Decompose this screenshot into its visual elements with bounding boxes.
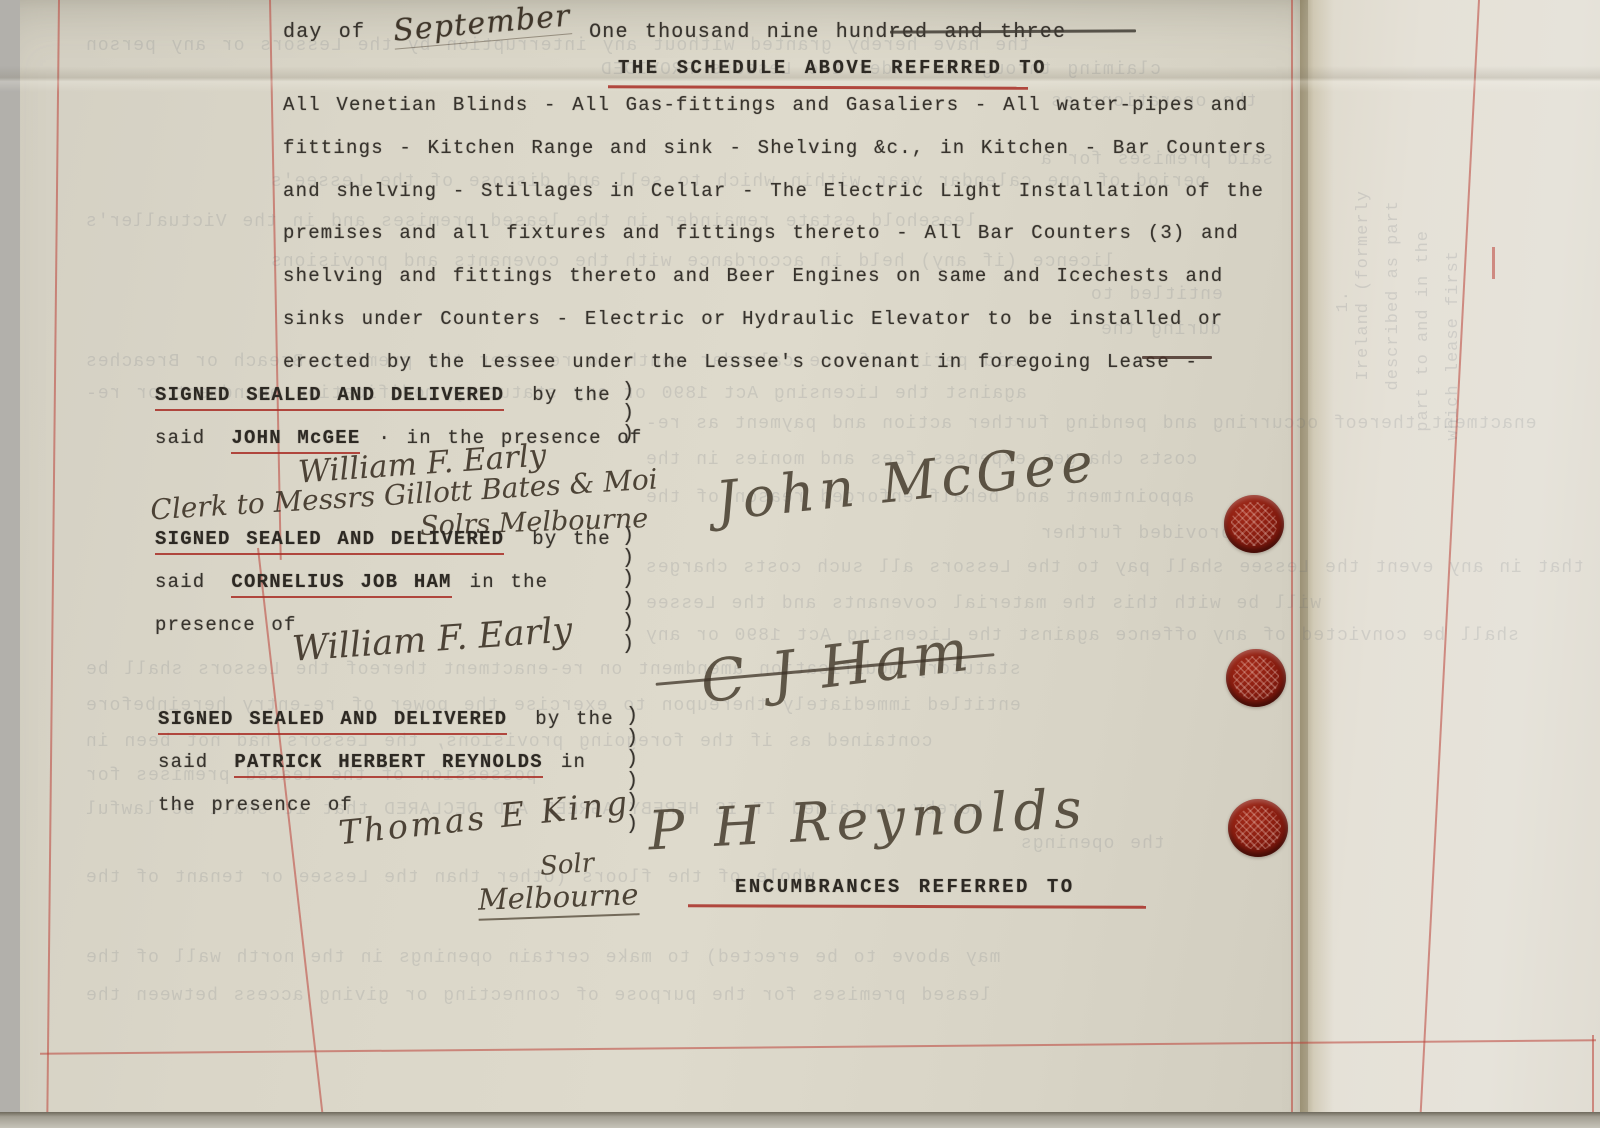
in: in <box>561 751 586 773</box>
adjacent-page-ghost-text: 1. <box>1334 290 1353 312</box>
schedule-line: and shelving - Stillages in Cellar - The… <box>283 180 1267 223</box>
bracket-column: )))))) <box>622 526 634 655</box>
wax-seal <box>1226 649 1286 707</box>
schedule-paragraph: All Venetian Blinds - All Gas-fittings a… <box>283 94 1267 394</box>
bracket-column: ))) <box>622 381 634 446</box>
attestation-line: SIGNED SEALED AND DELIVEREDby the <box>155 384 611 406</box>
ssd-caps: SIGNED SEALED AND DELIVERED <box>155 384 504 411</box>
party-name: PATRICK HERBERT REYNOLDS <box>234 751 542 778</box>
adjacent-page <box>1308 0 1600 1118</box>
adjacent-page-ghost-text: described as part <box>1384 200 1403 390</box>
attestation-line: saidCORNELIUS JOB HAMin the <box>155 571 548 593</box>
witness-occupation: Solr <box>539 848 595 882</box>
said: said <box>158 751 208 773</box>
schedule-line: fittings - Kitchen Range and sink - Shel… <box>283 137 1267 180</box>
schedule-line: premises and all fixtures and fittings t… <box>283 222 1267 265</box>
wax-seal <box>1224 495 1284 553</box>
attestation-line: saidJOHN McGEE· in the presence of <box>155 427 643 449</box>
witness-address: Melbourne <box>477 877 639 921</box>
wax-seal <box>1228 799 1288 857</box>
encumbrances-heading-text: ENCUMBRANCES REFERRED TO <box>735 876 1075 898</box>
said: said <box>155 427 205 449</box>
page-fold-edge <box>1300 0 1334 1118</box>
attestation-line: the presence of <box>158 794 353 816</box>
by-the: by the <box>532 384 611 406</box>
attestation-line: presence of <box>155 614 297 636</box>
schedule-end-dash <box>1142 356 1212 359</box>
encumbrances-heading: ENCUMBRANCES REFERRED TO <box>735 876 1075 898</box>
adjacent-page-ghost-text: part to and in the <box>1414 230 1433 432</box>
ssd-caps: SIGNED SEALED AND DELIVERED <box>155 528 504 555</box>
date-line-prefix: day of <box>283 21 365 44</box>
by-the: by the <box>535 708 614 730</box>
schedule-line: sinks under Counters - Electric or Hydra… <box>283 308 1267 351</box>
schedule-heading-text: THE SCHEDULE ABOVE REFERRED TO <box>618 57 1047 79</box>
attestation-line: SIGNED SEALED AND DELIVEREDby the <box>158 708 614 730</box>
adjacent-page-ghost-text: Ireland (formerly <box>1354 190 1373 380</box>
party-name: CORNELIUS JOB HAM <box>231 571 451 598</box>
in-the: in the <box>470 571 549 593</box>
presence-of: presence of <box>155 614 297 636</box>
margin-line-right <box>1291 0 1293 1118</box>
presence-of: the presence of <box>158 794 353 816</box>
attestation-line: saidPATRICK HERBERT REYNOLDSin <box>158 751 586 773</box>
party-name: JOHN McGEE <box>231 427 360 454</box>
attestation-line: SIGNED SEALED AND DELIVEREDby the <box>155 528 611 550</box>
schedule-heading: THE SCHEDULE ABOVE REFERRED TO <box>618 57 1047 79</box>
schedule-line: shelving and fittings thereto and Beer E… <box>283 265 1267 308</box>
adjacent-page-rule-short <box>1492 247 1495 279</box>
by-the: by the <box>532 528 611 550</box>
said: said <box>155 571 205 593</box>
page-bottom-edge <box>0 1112 1600 1128</box>
schedule-line: All Venetian Blinds - All Gas-fittings a… <box>283 94 1267 137</box>
date-line: day ofSeptemberOne thousand nine hundred… <box>283 10 1066 46</box>
adjacent-page-ghost-text: which lease first <box>1444 250 1463 440</box>
ssd-caps: SIGNED SEALED AND DELIVERED <box>158 708 507 735</box>
document-photo: the have hereby granted without any inte… <box>0 0 1600 1128</box>
